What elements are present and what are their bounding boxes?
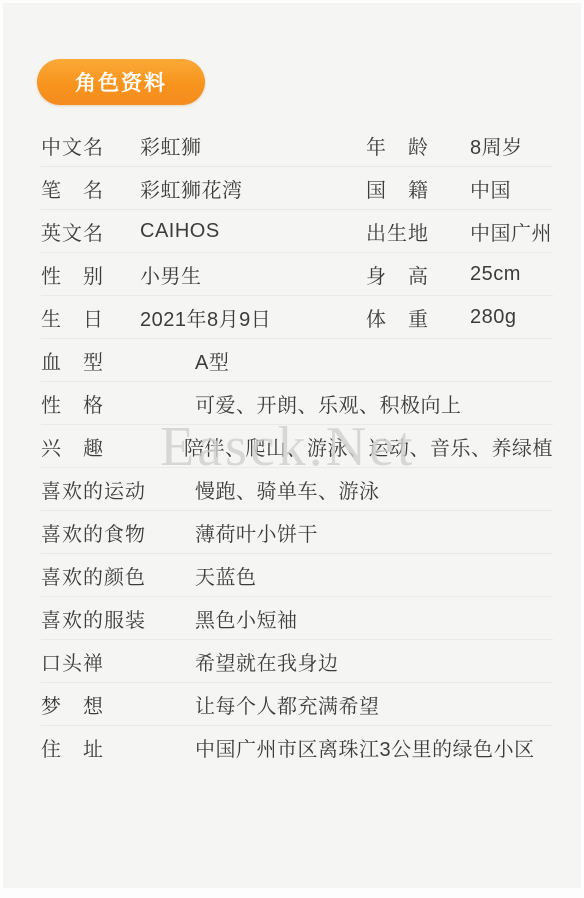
field-label: 口头禅 <box>41 647 195 676</box>
field-label: 国 籍 <box>366 174 470 203</box>
profile-table: 中文名彩虹狮年 龄8周岁笔 名彩虹狮花湾国 籍中国英文名CAIHOS出生地中国广… <box>41 124 553 769</box>
profile-row: 口头禅希望就在我身边 <box>41 640 553 683</box>
profile-row: 性 格可爱、开朗、乐观、积极向上 <box>41 382 553 425</box>
field-value: 天蓝色 <box>195 561 553 590</box>
field-label: 中文名 <box>41 131 140 160</box>
field-value: 25cm <box>470 263 553 286</box>
field-value: CAIHOS <box>140 220 366 243</box>
field-value: 小男生 <box>140 260 366 289</box>
profile-row: 梦 想让每个人都充满希望 <box>41 683 553 726</box>
field-value: 希望就在我身边 <box>195 647 553 676</box>
field-label: 梦 想 <box>41 690 195 719</box>
field-label: 笔 名 <box>41 174 140 203</box>
field-label: 出生地 <box>366 217 470 246</box>
field-value: 8周岁 <box>470 131 553 160</box>
field-value: 中国 <box>470 174 553 203</box>
field-label: 喜欢的食物 <box>41 518 195 547</box>
field-label: 兴 趣 <box>41 432 184 461</box>
field-value: 让每个人都充满希望 <box>195 690 553 719</box>
profile-row: 血 型A型 <box>41 339 553 382</box>
field-value: 黑色小短袖 <box>195 604 553 633</box>
profile-row: 生 日2021年8月9日体 重280g <box>41 296 553 339</box>
field-value: 薄荷叶小饼干 <box>195 518 553 547</box>
field-label: 体 重 <box>366 303 470 332</box>
field-value: 中国广州 <box>470 217 553 246</box>
field-value: A型 <box>195 346 553 375</box>
profile-card: 角色资料 中文名彩虹狮年 龄8周岁笔 名彩虹狮花湾国 籍中国英文名CAIHOS出… <box>3 3 581 888</box>
field-label: 性 别 <box>41 260 140 289</box>
badge-label: 角色资料 <box>75 67 167 97</box>
field-label: 喜欢的运动 <box>41 475 195 504</box>
profile-row: 喜欢的运动慢跑、骑单车、游泳 <box>41 468 553 511</box>
profile-row: 喜欢的颜色天蓝色 <box>41 554 553 597</box>
field-label: 年 龄 <box>366 131 470 160</box>
field-value: 慢跑、骑单车、游泳 <box>195 475 553 504</box>
field-label: 住 址 <box>41 733 195 762</box>
field-label: 英文名 <box>41 217 140 246</box>
field-value: 可爱、开朗、乐观、积极向上 <box>195 389 553 418</box>
profile-row: 喜欢的食物薄荷叶小饼干 <box>41 511 553 554</box>
field-value: 2021年8月9日 <box>140 303 366 332</box>
field-value: 中国广州市区离珠江3公里的绿色小区 <box>195 733 553 762</box>
profile-row: 住 址中国广州市区离珠江3公里的绿色小区 <box>41 726 553 769</box>
profile-row: 喜欢的服装黑色小短袖 <box>41 597 553 640</box>
profile-section-badge: 角色资料 <box>37 59 205 105</box>
field-label: 性 格 <box>41 389 195 418</box>
field-label: 生 日 <box>41 303 140 332</box>
field-label: 喜欢的服装 <box>41 604 195 633</box>
field-label: 血 型 <box>41 346 195 375</box>
profile-row: 笔 名彩虹狮花湾国 籍中国 <box>41 167 553 210</box>
field-value: 彩虹狮花湾 <box>140 174 366 203</box>
field-label: 身 高 <box>366 260 470 289</box>
field-label: 喜欢的颜色 <box>41 561 195 590</box>
profile-row: 中文名彩虹狮年 龄8周岁 <box>41 124 553 167</box>
profile-row: 兴 趣陪伴、爬山、游泳、运动、音乐、养绿植 <box>41 425 553 468</box>
field-value: 彩虹狮 <box>140 131 366 160</box>
profile-row: 英文名CAIHOS出生地中国广州 <box>41 210 553 253</box>
field-value: 陪伴、爬山、游泳、运动、音乐、养绿植 <box>184 432 553 461</box>
field-value: 280g <box>470 306 553 329</box>
profile-row: 性 别小男生身 高25cm <box>41 253 553 296</box>
